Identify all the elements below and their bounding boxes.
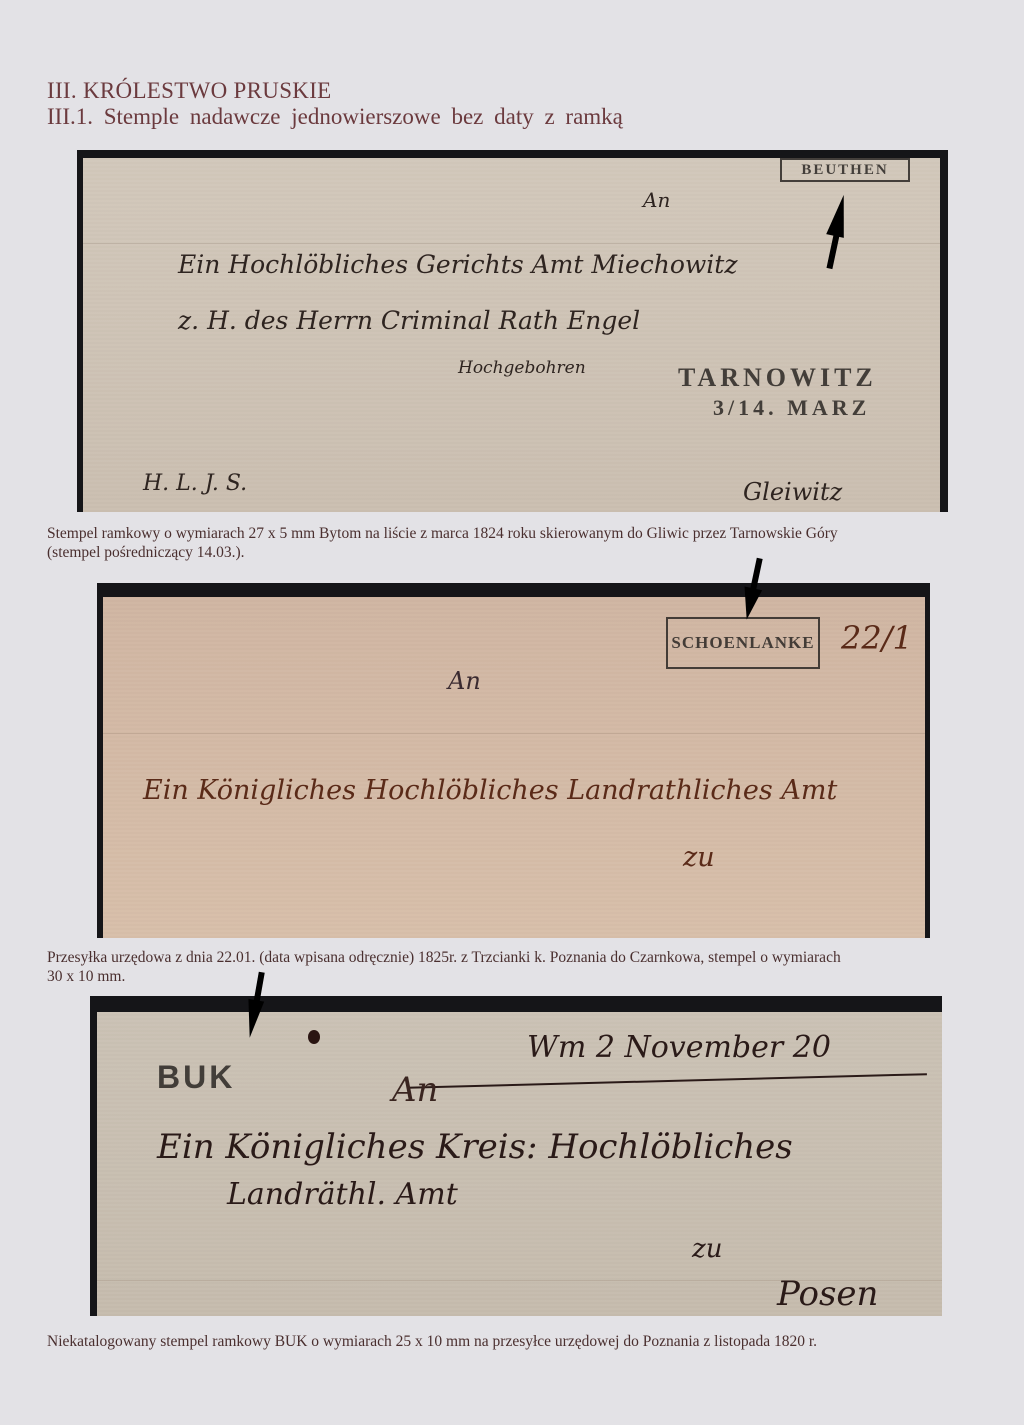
handwriting-line4: Posen <box>777 1274 878 1314</box>
transit-stamp-tarnowitz: TARNOWITZ 3/14. MARZ <box>678 363 940 423</box>
transit-stamp-line2: 3/14. MARZ <box>678 393 940 423</box>
ink-blot <box>308 1030 320 1044</box>
handwriting-date: Wm 2 November 20 <box>527 1030 831 1065</box>
handwriting-line1: Ein Königliches Kreis: Hochlöbliches <box>157 1127 793 1167</box>
handwriting-line3: Hochgebohren <box>458 358 586 378</box>
section-title: III. KRÓLESTWO PRUSKIE <box>47 78 332 104</box>
handwriting-an: An <box>448 667 481 695</box>
handwriting-an: An <box>643 188 670 212</box>
handwriting-an: An <box>392 1070 438 1110</box>
subsection-title: III.1. Stemple nadawcze jednowierszowe b… <box>47 104 623 130</box>
stamp-schoenlanke: SCHOENLANKE <box>666 617 820 669</box>
handwriting-date-note: 22/1 <box>841 619 913 657</box>
handwriting-line1: Ein Hochlöbliches Gerichts Amt Miechowit… <box>178 250 738 279</box>
stamp-buk: BUK <box>157 1057 307 1097</box>
handwriting-line2: Landräthl. Amt <box>227 1177 458 1212</box>
letter-2-cover: SCHOENLANKE 22/1 An Ein Königliches Hoch… <box>103 597 925 938</box>
caption-1: Stempel ramkowy o wymiarach 27 x 5 mm By… <box>47 524 977 562</box>
transit-stamp-line1: TARNOWITZ <box>678 363 940 393</box>
handwriting-line2: z. H. des Herrn Criminal Rath Engel <box>178 306 640 335</box>
handwriting-line2: zu <box>683 842 715 873</box>
handwriting-bottom-right: Gleiwitz <box>743 478 842 506</box>
handwriting-line1: Ein Königliches Hochlöbliches Landrathli… <box>143 775 837 806</box>
letter-3-cover: BUK Wm 2 November 20 An Ein Königliches … <box>97 1012 942 1316</box>
caption-3: Niekatalogowany stempel ramkowy BUK o wy… <box>47 1332 977 1351</box>
date-underline <box>407 1073 927 1089</box>
stamp-beuthen: BEUTHEN <box>780 158 910 182</box>
handwriting-line3: zu <box>692 1234 722 1264</box>
letter-1-cover: BEUTHEN An Ein Hochlöbliches Gerichts Am… <box>83 158 940 512</box>
handwriting-bottom-left: H. L. J. S. <box>143 471 247 496</box>
caption-2: Przesyłka urzędowa z dnia 22.01. (data w… <box>47 948 977 986</box>
